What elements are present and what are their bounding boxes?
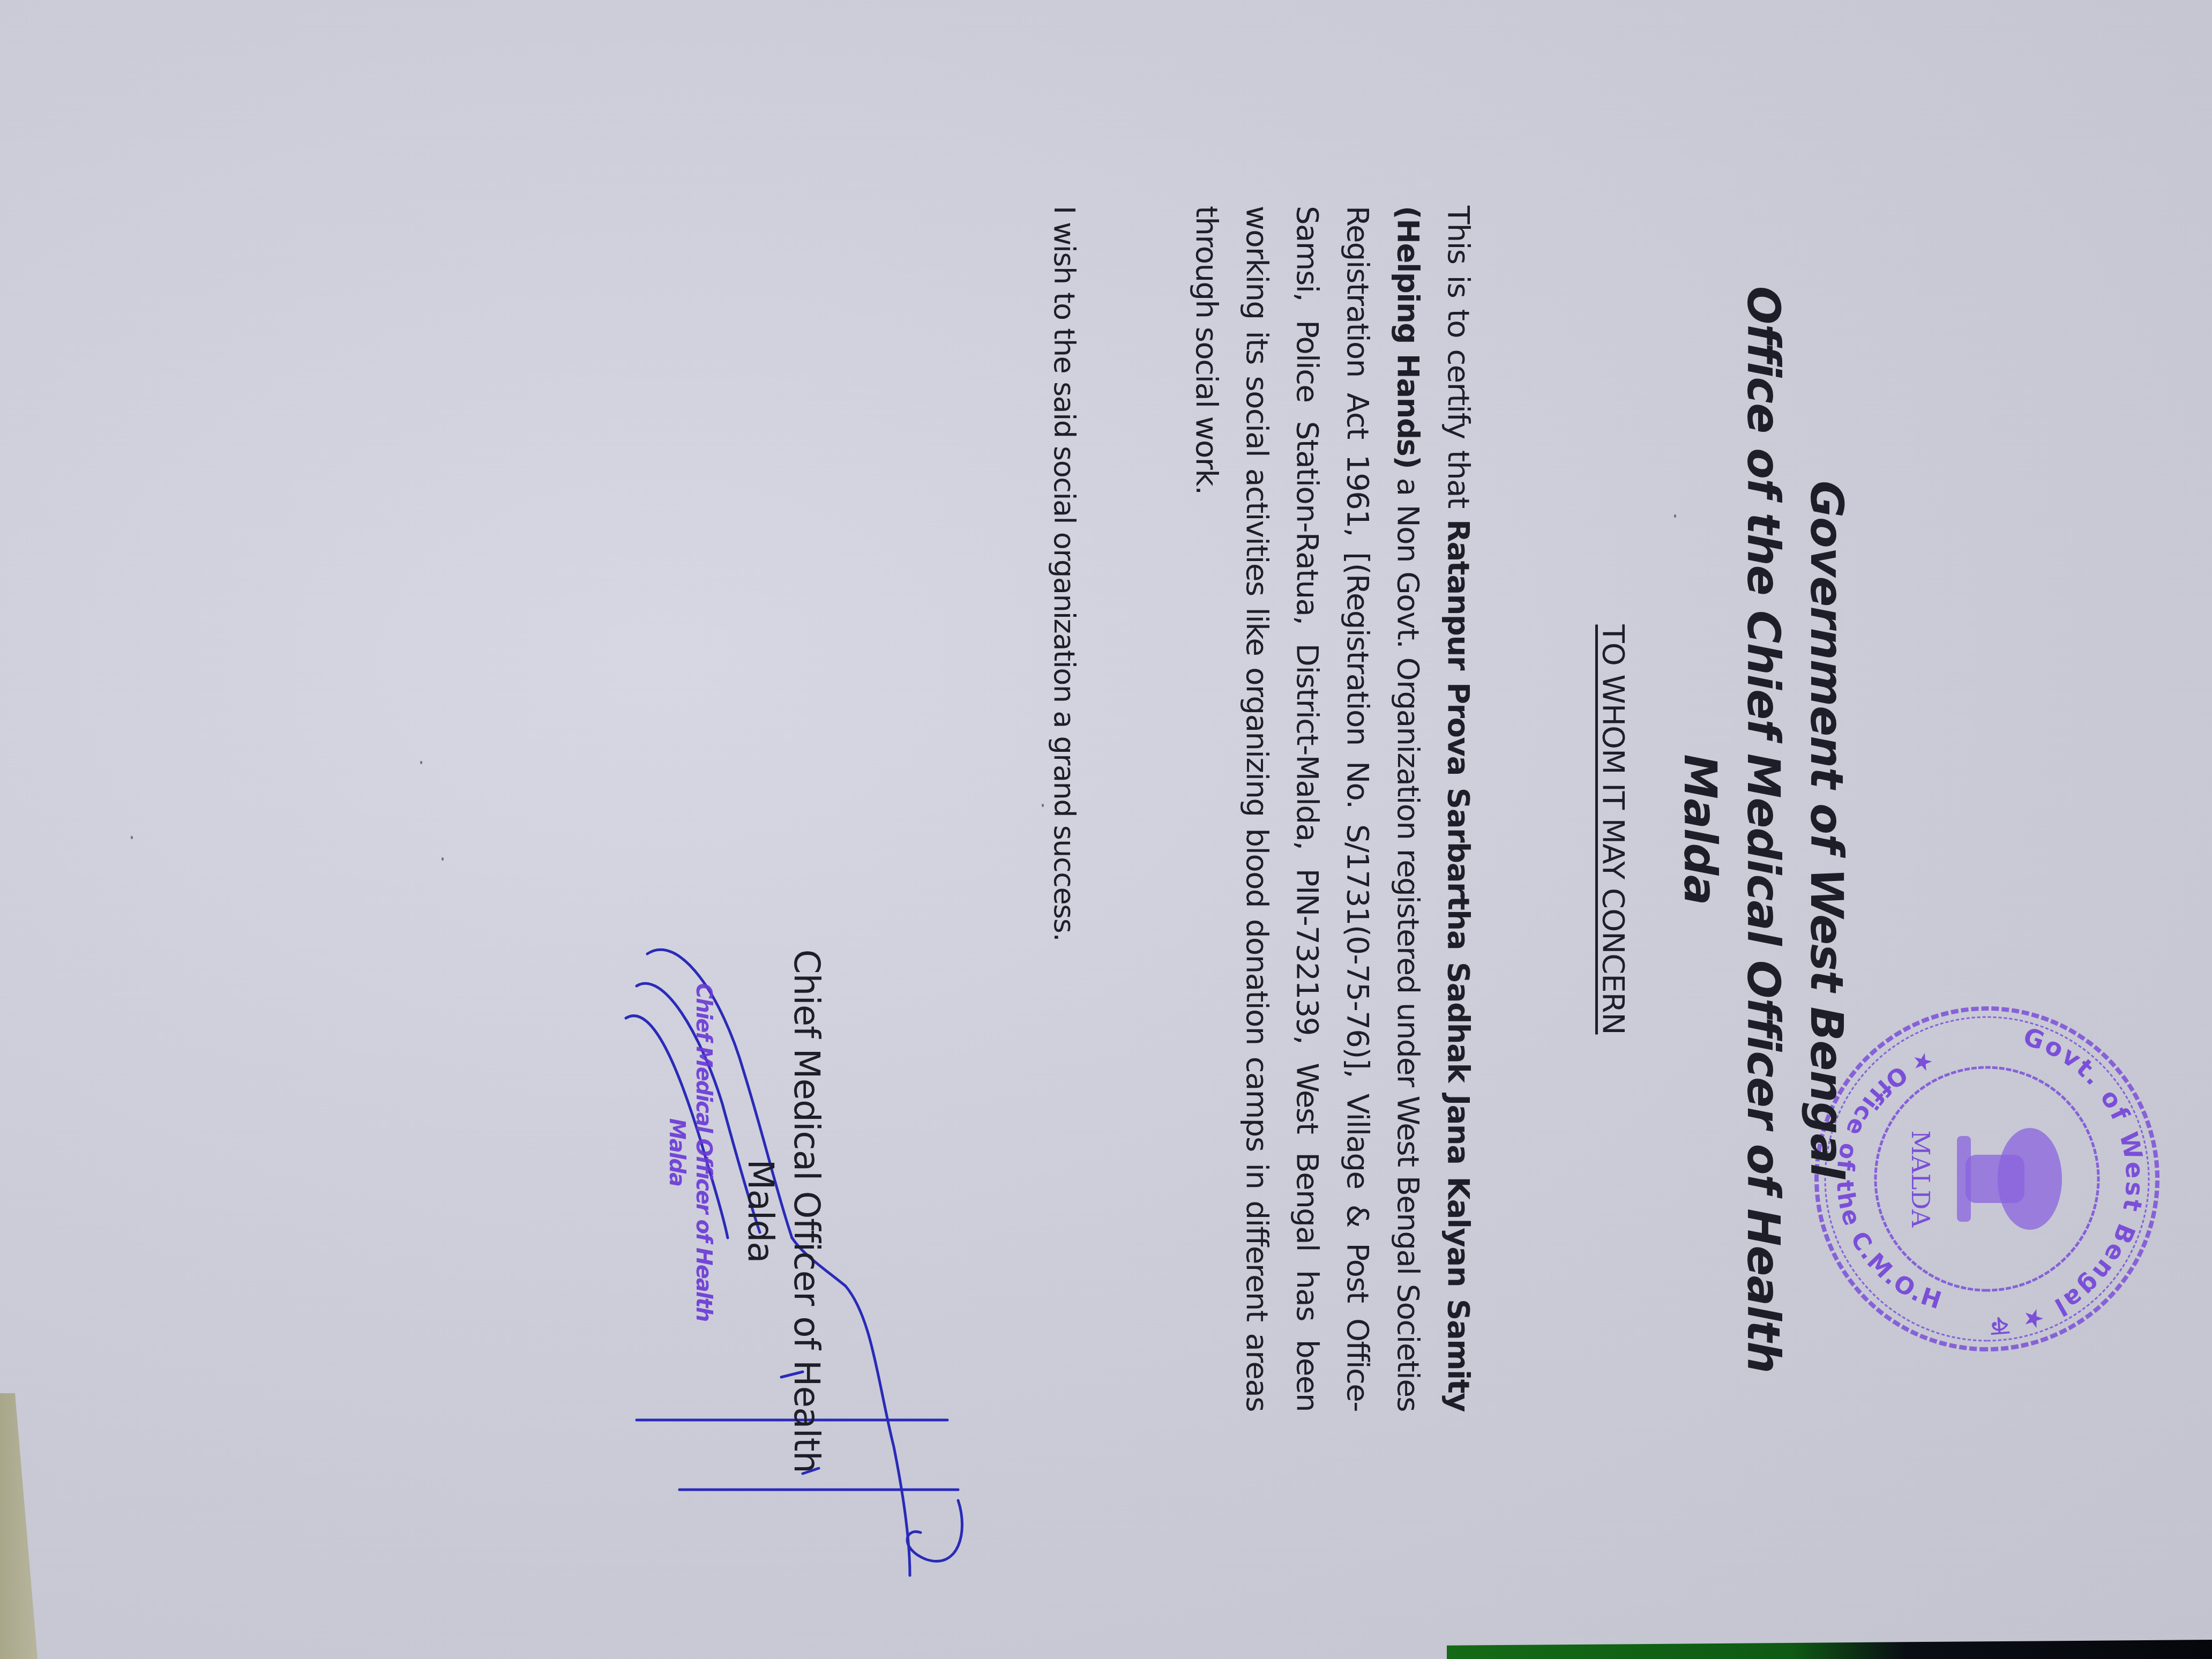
ink-speck [1042,804,1044,807]
body-intro: This is to certify that [1441,206,1476,519]
closing-wish: I wish to the said social organization a… [1048,206,1081,941]
header-office: Office of the Chief Medical Officer of H… [1732,0,1795,1659]
designation-stamp: Chief Medical Officer of Health Malda [663,911,717,1393]
document-heading: TO WHOM IT MAY CONCERN [1596,0,1631,1659]
official-seal-icon: Govt. of West Bengal ★ ক ম স্ব ★ Office … [1810,1002,2164,1356]
ink-speck [420,761,422,764]
signatory-district: Malda [737,836,783,1586]
designation-stamp-district: Malda [663,911,690,1393]
signatory-title: Chief Medical Officer of Health [783,836,829,1586]
certificate-page: Govt. of West Bengal ★ ক ম স্ব ★ Office … [0,0,2212,1659]
body-rest: a Non Govt. Organization registered unde… [1189,206,1425,1411]
header-district: Malda [1669,0,1732,1659]
ink-speck [131,836,133,839]
header-government: Government of West Bengal [1795,0,1858,1659]
seal-center-text: MALDA [1906,1131,1935,1228]
designation-stamp-title: Chief Medical Officer of Health [690,911,717,1393]
letterhead: Government of West Bengal Office of the … [1669,0,1858,1659]
certificate-body: This is to certify that Ratanpur Prova S… [1181,206,1483,1411]
ink-speck [1674,514,1676,518]
ink-speck [442,857,444,861]
signatory-block: Chief Medical Officer of Health Malda [737,836,829,1586]
